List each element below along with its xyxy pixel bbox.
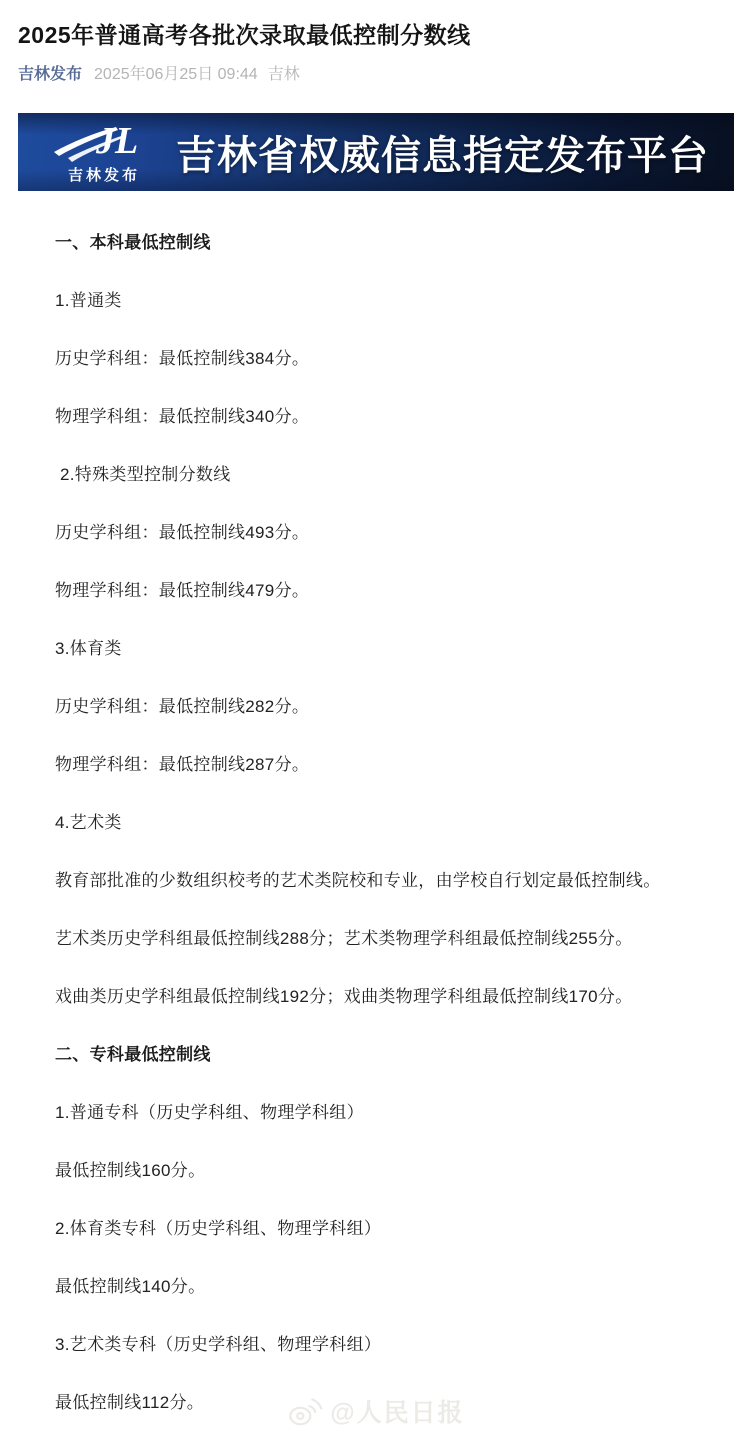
article-paragraph: 3.体育类: [55, 637, 697, 661]
publish-region: 吉林: [268, 64, 300, 86]
article-paragraph: 最低控制线112分。: [55, 1391, 697, 1415]
article-header: 2025年普通高考各批次录取最低控制分数线 吉林发布 2025年06月25日 0…: [0, 0, 752, 86]
article-paragraph: 2.特殊类型控制分数线: [55, 463, 697, 487]
article-paragraph: 一、本科最低控制线: [55, 231, 697, 255]
article-paragraph: 艺术类历史学科组最低控制线288分；艺术类物理学科组最低控制线255分。: [55, 927, 697, 951]
article-paragraph: 历史学科组：最低控制线282分。: [55, 695, 697, 719]
publish-date: 2025年06月25日 09:44: [94, 64, 258, 86]
article-paragraph: 2.体育类专科（历史学科组、物理学科组）: [55, 1217, 697, 1241]
logo-caption: 吉林发布: [68, 164, 140, 185]
article-page: 2025年普通高考各批次录取最低控制分数线 吉林发布 2025年06月25日 0…: [0, 0, 752, 1446]
article-paragraph: 最低控制线140分。: [55, 1275, 697, 1299]
article-paragraph: 历史学科组：最低控制线384分。: [55, 347, 697, 371]
banner-headline: 吉林省权威信息指定发布平台: [176, 124, 709, 181]
article-paragraph: 1.普通专科（历史学科组、物理学科组）: [55, 1101, 697, 1125]
article-paragraph: 物理学科组：最低控制线479分。: [55, 579, 697, 603]
article-meta: 吉林发布 2025年06月25日 09:44 吉林: [18, 64, 734, 86]
jl-swoosh-icon: JL: [52, 120, 156, 166]
article-paragraph: 4.艺术类: [55, 811, 697, 835]
banner-image[interactable]: JL 吉林发布 吉林省权威信息指定发布平台: [18, 113, 734, 191]
article-title: 2025年普通高考各批次录取最低控制分数线: [18, 20, 734, 51]
article-body: 一、本科最低控制线1.普通类历史学科组：最低控制线384分。物理学科组：最低控制…: [0, 191, 752, 1415]
article-paragraph: 物理学科组：最低控制线340分。: [55, 405, 697, 429]
article-paragraph: 1.普通类: [55, 289, 697, 313]
article-paragraph: 3.艺术类专科（历史学科组、物理学科组）: [55, 1333, 697, 1357]
article-paragraph: 历史学科组：最低控制线493分。: [55, 521, 697, 545]
jilin-release-logo: JL 吉林发布: [52, 120, 156, 185]
svg-text:JL: JL: [95, 120, 138, 162]
source-account-link[interactable]: 吉林发布: [18, 64, 82, 86]
article-paragraph: 物理学科组：最低控制线287分。: [55, 753, 697, 777]
article-paragraph: 戏曲类历史学科组最低控制线192分；戏曲类物理学科组最低控制线170分。: [55, 985, 697, 1009]
article-paragraph: 二、专科最低控制线: [55, 1043, 697, 1067]
article-paragraph: 最低控制线160分。: [55, 1159, 697, 1183]
article-paragraph: 教育部批准的少数组织校考的艺术类院校和专业，由学校自行划定最低控制线。: [55, 869, 697, 893]
